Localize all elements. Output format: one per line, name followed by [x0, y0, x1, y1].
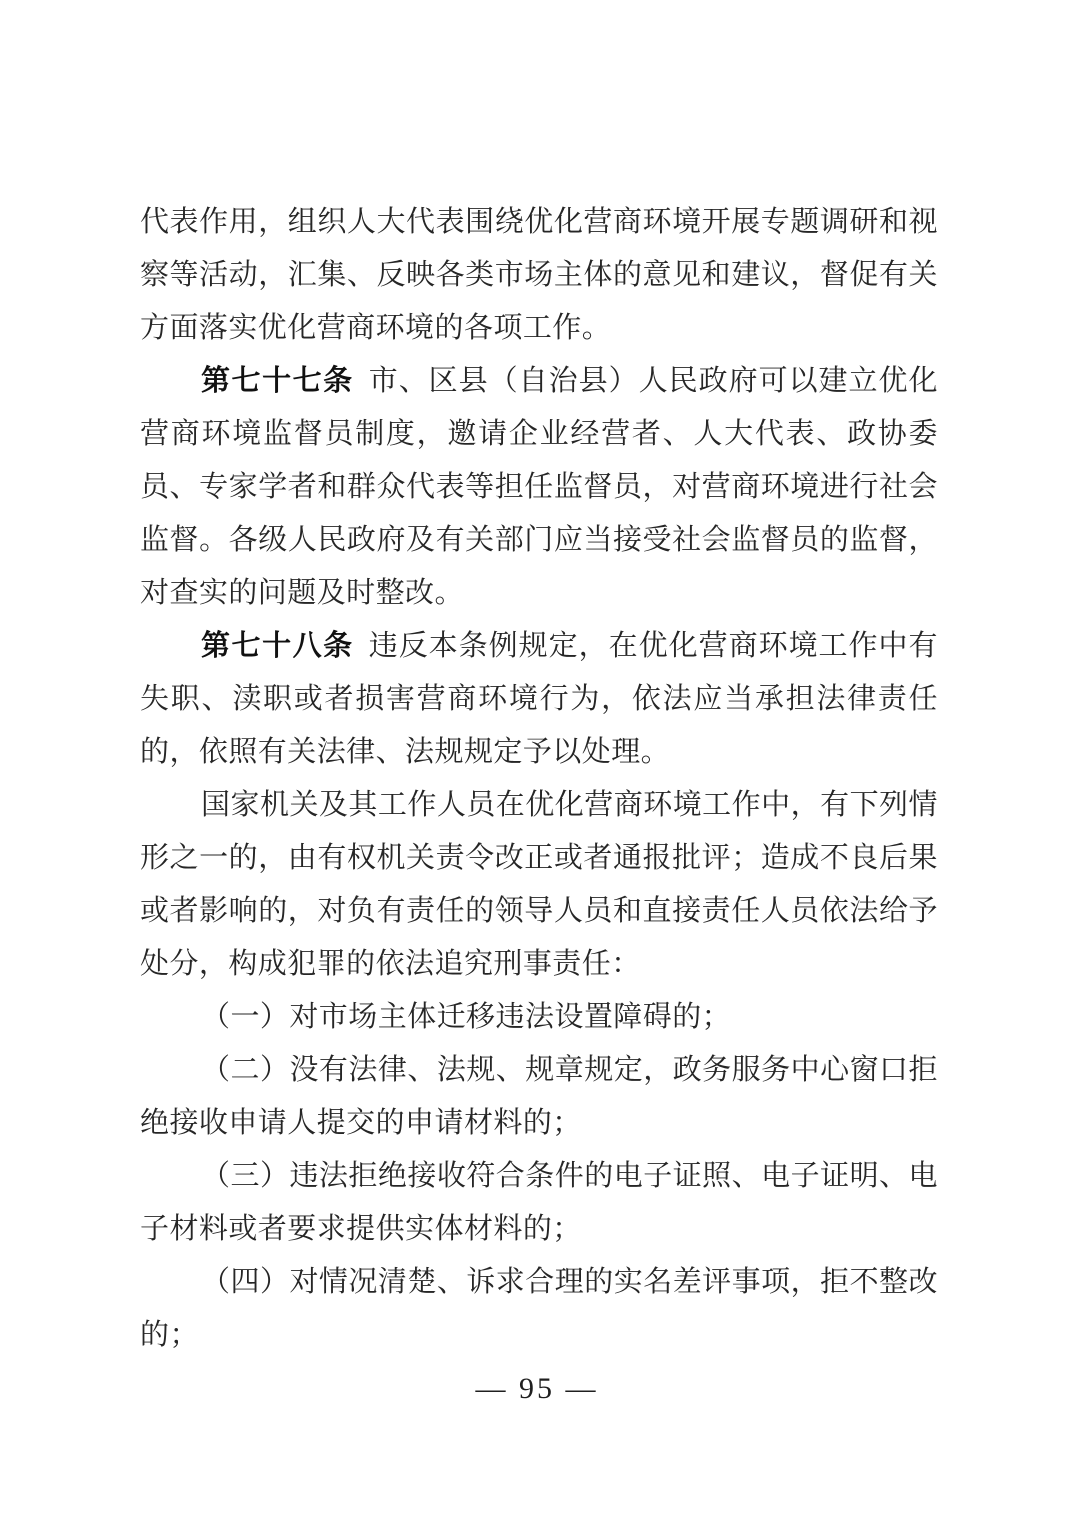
paragraph-liability-intro: 国家机关及其工作人员在优化营商环境工作中，有下列情形之一的，由有权机关责令改正或…: [140, 779, 938, 991]
paragraph-text: （二）没有法律、法规、规章规定，政务服务中心窗口拒绝接收申请人提交的申请材料的；: [140, 1054, 938, 1139]
paragraph-continuation: 代表作用，组织人大代表围绕优化营商环境开展专题调研和视察等活动，汇集、反映各类市…: [140, 196, 938, 355]
document-body: 代表作用，组织人大代表围绕优化营商环境开展专题调研和视察等活动，汇集、反映各类市…: [140, 196, 938, 1362]
list-item-2: （二）没有法律、法规、规章规定，政务服务中心窗口拒绝接收申请人提交的申请材料的；: [140, 1044, 938, 1150]
paragraph-text: 代表作用，组织人大代表围绕优化营商环境开展专题调研和视察等活动，汇集、反映各类市…: [140, 206, 938, 344]
list-item-4: （四）对情况清楚、诉求合理的实名差评事项，拒不整改的；: [140, 1256, 938, 1362]
paragraph-article-78: 第七十八条违反本条例规定，在优化营商环境工作中有失职、渎职或者损害营商环境行为，…: [140, 620, 938, 779]
article-78-lead: 第七十八条: [201, 630, 354, 662]
footer-page-number: — 95 —: [0, 1372, 1074, 1406]
paragraph-text: （四）对情况清楚、诉求合理的实名差评事项，拒不整改的；: [140, 1266, 938, 1351]
paragraph-text: （三）违法拒绝接收符合条件的电子证照、电子证明、电子材料或者要求提供实体材料的；: [140, 1160, 938, 1245]
paragraph-article-77: 第七十七条市、区县（自治县）人民政府可以建立优化营商环境监督员制度，邀请企业经营…: [140, 355, 938, 620]
document-page: 代表作用，组织人大代表围绕优化营商环境开展专题调研和视察等活动，汇集、反映各类市…: [0, 0, 1074, 1520]
paragraph-text: （一）对市场主体迁移违法设置障碍的；: [201, 1001, 731, 1033]
list-item-1: （一）对市场主体迁移违法设置障碍的；: [140, 991, 938, 1044]
paragraph-text: 市、区县（自治县）人民政府可以建立优化营商环境监督员制度，邀请企业经营者、人大代…: [140, 365, 938, 609]
paragraph-text: 国家机关及其工作人员在优化营商环境工作中，有下列情形之一的，由有权机关责令改正或…: [140, 789, 938, 980]
list-item-3: （三）违法拒绝接收符合条件的电子证照、电子证明、电子材料或者要求提供实体材料的；: [140, 1150, 938, 1256]
article-77-lead: 第七十七条: [201, 365, 354, 397]
